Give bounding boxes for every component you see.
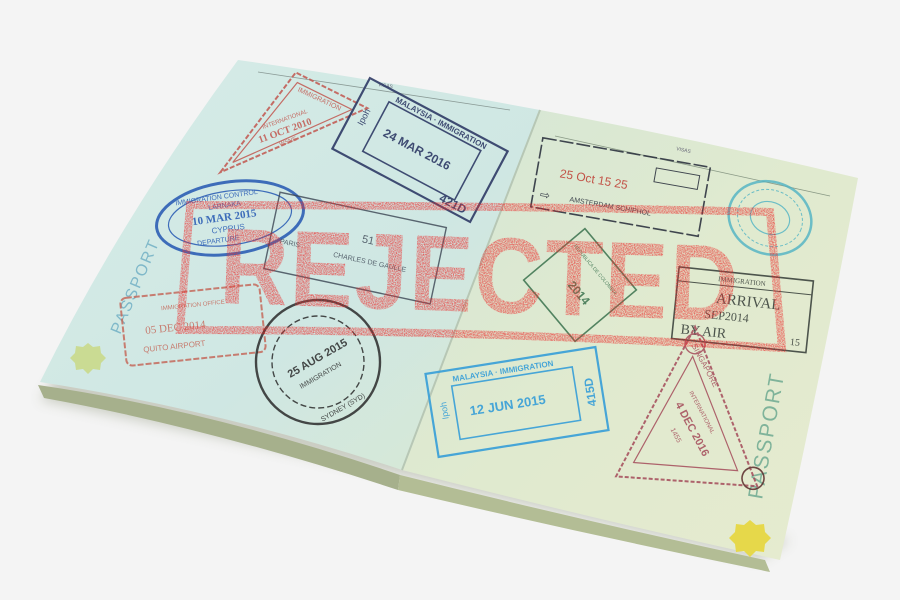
rejected-text: REJECTED (218, 205, 742, 344)
rejected-stamp: REJECTED (180, 205, 782, 348)
stamp-text: 15 (789, 337, 800, 349)
passport-photo: VISAS VISAS PASSPORT PASSPORT IMMIGRATIO… (0, 0, 900, 600)
